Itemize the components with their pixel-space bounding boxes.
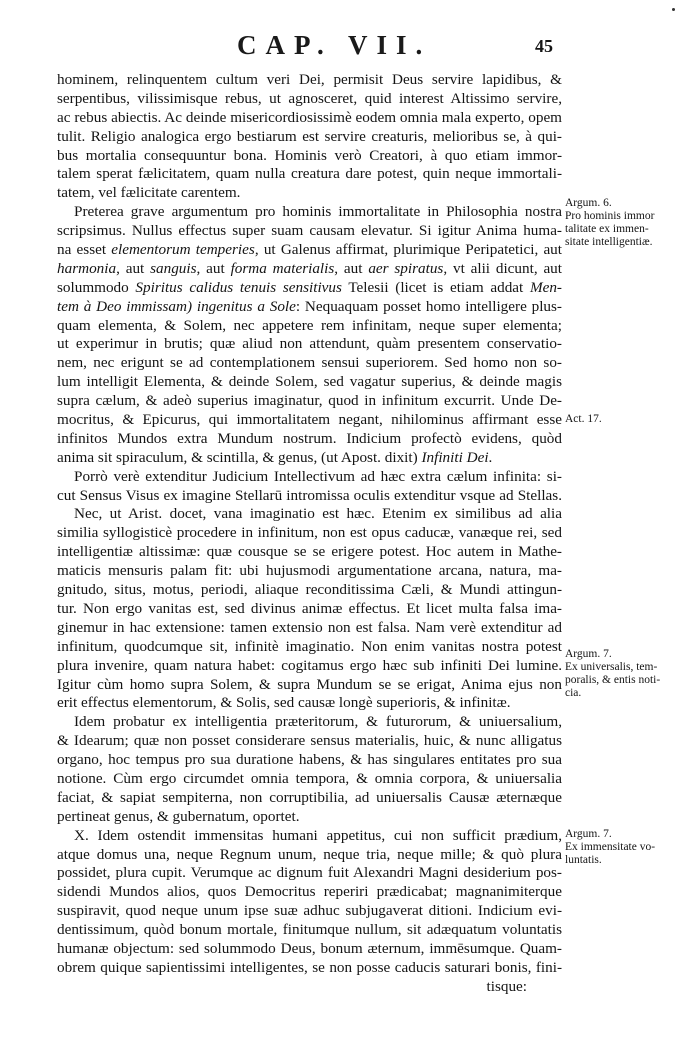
margin-note-line: cia. bbox=[565, 687, 695, 700]
margin-note-line: Argum. 6. bbox=[565, 197, 695, 210]
text-line: scripsimus. Nullus effectus super suam c… bbox=[57, 222, 562, 241]
text-line: dentissimum, quòd bonum mortale, finitum… bbox=[57, 921, 562, 940]
margin-note-line: luntatis. bbox=[565, 854, 695, 867]
margin-note-line: sitate intelligentiæ. bbox=[565, 236, 695, 249]
text-line: solummodo Spiritus calidus tenuis sensit… bbox=[57, 279, 562, 298]
italic-span: tem à Deo immissam) ingenitus a Sole bbox=[57, 298, 296, 315]
text-line: Nec, ut Arist. docet, vana imaginatio es… bbox=[57, 505, 562, 524]
text-line: tisque: bbox=[57, 978, 562, 997]
italic-span: Infiniti Dei bbox=[421, 449, 488, 466]
text-line: cut Sensus Visus ex imagine Stellarū int… bbox=[57, 487, 562, 506]
text-line: nem, nec erigunt se ad contemplationem s… bbox=[57, 354, 562, 373]
text-line: notione. Cùm ergo circumdet omnia tempor… bbox=[57, 770, 562, 789]
text-line: humanæ objectum: sed solummodo Deus, bon… bbox=[57, 940, 562, 959]
text-line: Preterea grave argumentum pro hominis im… bbox=[57, 203, 562, 222]
italic-span: sanguis bbox=[150, 260, 196, 277]
text-line: & Idearum; quæ non posset considerare se… bbox=[57, 732, 562, 751]
margin-note-line: talitate ex immen- bbox=[565, 223, 695, 236]
page-number: 45 bbox=[535, 36, 553, 57]
running-title: CAP. VII. bbox=[237, 30, 431, 61]
text-line: anima sit spiraculum, & scintilla, & gen… bbox=[57, 449, 562, 468]
text-line: erit effectus elementorum, & Solis, sed … bbox=[57, 694, 562, 713]
italic-span: aer spiratus bbox=[368, 260, 443, 277]
scan-speck bbox=[672, 8, 675, 11]
text-line: talem sperat fælicitatem, quam nulla cre… bbox=[57, 165, 562, 184]
text-line: ginemur in hac extensione: tamen extensi… bbox=[57, 619, 562, 638]
italic-span: Spiritus calidus tenuis sensitivus bbox=[135, 279, 342, 296]
text-line: supra cælum, & adeò superius imaginatur,… bbox=[57, 392, 562, 411]
text-line: plura invenire, quam natura habet: cogit… bbox=[57, 657, 562, 676]
text-line: ut experimur in brutis; quæ aliud non at… bbox=[57, 335, 562, 354]
margin-note: Argum. 7.Ex immensitate vo-luntatis. bbox=[565, 828, 695, 867]
text-line: atque domus una, neque Regnum unum, nequ… bbox=[57, 846, 562, 865]
margin-note-line: Argum. 7. bbox=[565, 828, 695, 841]
margin-note-line: Pro hominis immor bbox=[565, 210, 695, 223]
page-header: CAP. VII. 45 bbox=[0, 30, 700, 60]
margin-note-line: poralis, & entis noti- bbox=[565, 674, 695, 687]
text-line: na esset elementorum temperies, ut Galen… bbox=[57, 241, 562, 260]
text-line: tem à Deo immissam) ingenitus a Sole: Ne… bbox=[57, 298, 562, 317]
text-line: infinitum, quodcumque sit, infinitè imag… bbox=[57, 638, 562, 657]
text-line: infinitos Mundos extra Mundum nostrum. I… bbox=[57, 430, 562, 449]
text-line: X. Idem ostendit immensitas humani appet… bbox=[57, 827, 562, 846]
text-line: harmonia, aut sanguis, aut forma materia… bbox=[57, 260, 562, 279]
text-line: suspiravit, quod neque unum ipse suæ adh… bbox=[57, 902, 562, 921]
italic-span: Men- bbox=[530, 279, 562, 296]
text-line: possidet, plura cupit. Verumque ac dignu… bbox=[57, 864, 562, 883]
text-line: ac rebus abiectis. Ac deinde misericordi… bbox=[57, 109, 562, 128]
italic-span: elementorum temperies bbox=[111, 241, 255, 258]
text-line: lum intelligit Elementa, & deinde Solem,… bbox=[57, 373, 562, 392]
text-line: similia syllogisticè procedere in infini… bbox=[57, 524, 562, 543]
text-line: obrem quique sapientissimi intelligentes… bbox=[57, 959, 562, 978]
text-line: mocritus, & Epicurus, qui immortalitatem… bbox=[57, 411, 562, 430]
text-line: intelligentiæ altissimæ: quæ cousque se … bbox=[57, 543, 562, 562]
text-line: Idem probatur ex intelligentia præterito… bbox=[57, 713, 562, 732]
margin-note: Argum. 7.Ex universalis, tem-poralis, & … bbox=[565, 648, 695, 700]
text-line: gnitudo, situs, motus, periodi, aliaque … bbox=[57, 581, 562, 600]
margin-note-line: Ex universalis, tem- bbox=[565, 661, 695, 674]
text-line: faciat, & sapiat sempiterna, non corrupt… bbox=[57, 789, 562, 808]
margin-note-line: Argum. 7. bbox=[565, 648, 695, 661]
margin-note: Argum. 6.Pro hominis immortalitate ex im… bbox=[565, 197, 695, 249]
body-text: hominem, relinquentem cultum veri Dei, p… bbox=[57, 71, 562, 997]
text-line: maticis mensuris palam fit: ubi hujusmod… bbox=[57, 562, 562, 581]
text-line: Porrò verè extenditur Judicium Intellect… bbox=[57, 468, 562, 487]
text-line: tatem, vel fælicitate carentem. bbox=[57, 184, 562, 203]
text-line: pertineat genus, & gubernatum, oportet. bbox=[57, 808, 562, 827]
text-line: quam elementa, & Solem, nec appetere rem… bbox=[57, 317, 562, 336]
italic-span: forma materialis bbox=[231, 260, 335, 277]
italic-span: harmonia bbox=[57, 260, 116, 277]
text-line: tulit. Religio analogica ergo bestiarum … bbox=[57, 128, 562, 147]
text-line: tur. Non ergo vanitas est, sed divinus a… bbox=[57, 600, 562, 619]
text-line: hominem, relinquentem cultum veri Dei, p… bbox=[57, 71, 562, 90]
text-line: bus mortalia consequuntur bona. Hominis … bbox=[57, 147, 562, 166]
text-line: organo, hoc tempus pro sua duratione hab… bbox=[57, 751, 562, 770]
text-line: sidendi Mundos alios, quos Democritus re… bbox=[57, 883, 562, 902]
text-line: Igitur cùm homo supra Solem, & supra Mun… bbox=[57, 676, 562, 695]
margin-note: Act. 17. bbox=[565, 413, 695, 426]
margin-note-line: Act. 17. bbox=[565, 413, 695, 426]
text-line: serpentibus, vilissimisque rebus, ut agn… bbox=[57, 90, 562, 109]
margin-note-line: Ex immensitate vo- bbox=[565, 841, 695, 854]
